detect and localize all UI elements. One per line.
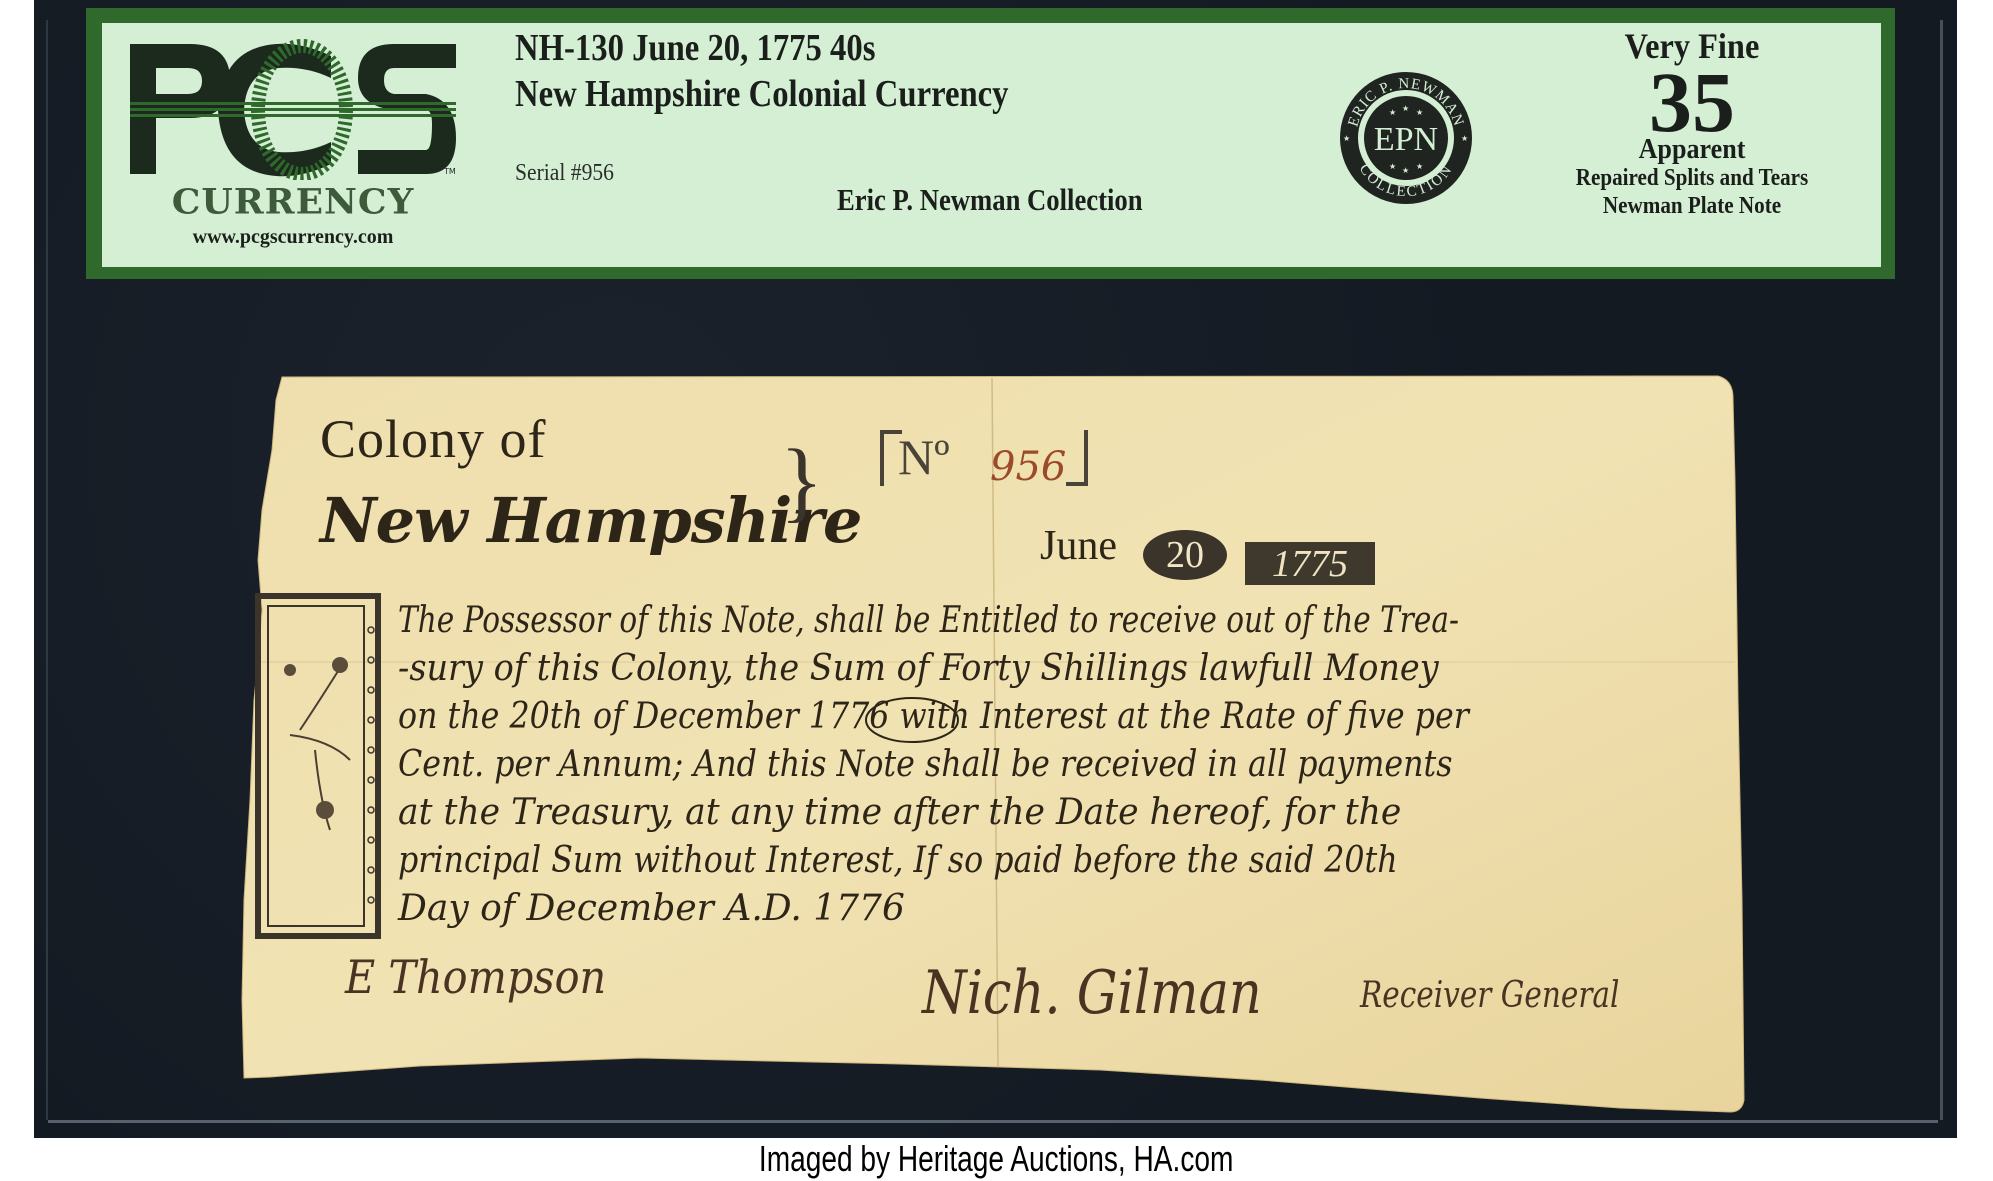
pcgs-logo-icon: TM [126, 38, 460, 180]
holder-edge-bottom [48, 1120, 1938, 1123]
svg-text:★: ★ [1461, 134, 1468, 143]
image-credit: Imaged by Heritage Auctions, HA.com [0, 1141, 1993, 1177]
svg-text:★: ★ [1416, 108, 1423, 117]
svg-text:★: ★ [1416, 162, 1423, 171]
svg-text:★: ★ [1402, 104, 1409, 113]
collection-name: Eric P. Newman Collection [837, 182, 1143, 218]
pcgs-website-link[interactable]: www.pcgscurrency.com [126, 226, 460, 249]
holder-edge-left [46, 20, 48, 1120]
note-catalog-title: NH-130 June 20, 1775 40s [515, 26, 875, 70]
holder-edge-right [1940, 20, 1943, 1120]
grade-note: Repaired Splits and Tears [1558, 164, 1826, 192]
svg-text:★: ★ [1402, 166, 1409, 175]
grade-note: Newman Plate Note [1558, 192, 1826, 220]
grade-title: Very Fine [1555, 26, 1829, 66]
epn-collection-seal-icon: ERIC P. NEWMAN COLLECTION EPN ★★★ ★★★ ★★ [1339, 71, 1473, 205]
svg-text:TM: TM [443, 167, 456, 176]
grade-qualifier: Apparent [1555, 134, 1829, 164]
pcgs-currency-wordmark: CURRENCY [126, 185, 460, 219]
svg-text:★: ★ [1343, 134, 1350, 143]
serial-number: Serial #956 [515, 160, 614, 187]
grade-number: 35 [1540, 70, 1844, 134]
svg-text:EPN: EPN [1374, 121, 1438, 158]
svg-text:★: ★ [1389, 162, 1396, 171]
svg-text:★: ★ [1389, 108, 1396, 117]
note-series-title: New Hampshire Colonial Currency [515, 72, 1009, 116]
grade-block: Very Fine 35 Apparent Repaired Splits an… [1540, 20, 1844, 220]
image-credit-text: Imaged by Heritage Auctions, HA.com [759, 1141, 1233, 1177]
